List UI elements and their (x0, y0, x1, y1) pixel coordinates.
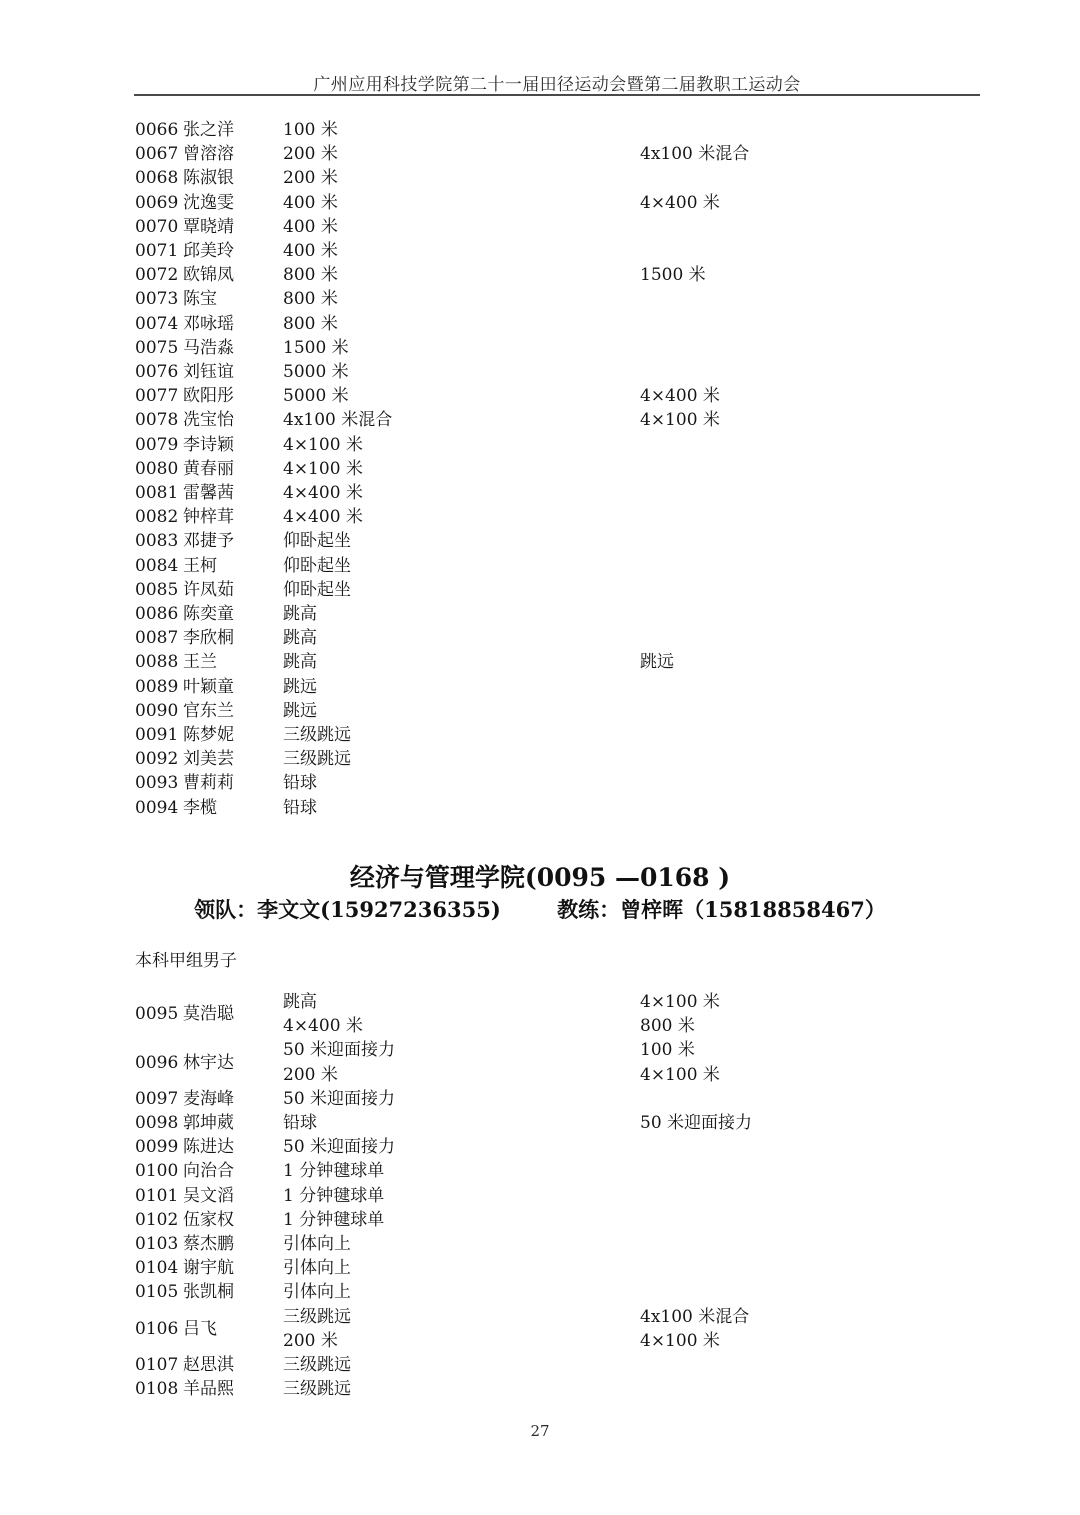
athlete-name: 李榄 (183, 796, 283, 820)
athlete-name: 张之洋 (183, 118, 283, 142)
events-primary: 4×100 米 (283, 457, 640, 481)
athlete-number: 0090 (135, 699, 183, 723)
event-entry: 跳高 (283, 626, 640, 650)
athlete-number: 0094 (135, 796, 183, 820)
events-primary: 1500 米 (283, 336, 640, 360)
athlete-name: 陈淑银 (183, 166, 283, 190)
event-entry: 200 米 (283, 1329, 640, 1353)
athlete-number: 0096 (135, 1051, 183, 1075)
table-row: 0076刘钰谊5000 米 (135, 360, 945, 384)
events-primary: 引体向上 (283, 1256, 640, 1280)
events-primary: 400 米 (283, 215, 640, 239)
athlete-name: 赵思淇 (183, 1353, 283, 1377)
event-entry: 4×100 米 (283, 457, 640, 481)
event-entry: 引体向上 (283, 1256, 640, 1280)
athlete-number: 0108 (135, 1377, 183, 1401)
event-entry: 4×400 米 (283, 481, 640, 505)
table-row: 0106吕飞三级跳远200 米4x100 米混合4×100 米 (135, 1305, 945, 1353)
event-entry: 跳远 (283, 699, 640, 723)
event-entry: 50 米迎面接力 (283, 1135, 640, 1159)
athlete-number: 0083 (135, 529, 183, 553)
events-primary: 铅球 (283, 796, 640, 820)
athlete-number: 0068 (135, 166, 183, 190)
event-entry: 400 米 (283, 215, 640, 239)
events-primary: 跳远 (283, 675, 640, 699)
table-row: 0091陈梦妮三级跳远 (135, 723, 945, 747)
event-entry: 4×400 米 (283, 1014, 640, 1038)
table-row: 0108羊品熙三级跳远 (135, 1377, 945, 1401)
event-entry: 50 米迎面接力 (283, 1038, 640, 1062)
table-row: 0099陈进达50 米迎面接力 (135, 1135, 945, 1159)
athlete-name: 李欣桐 (183, 626, 283, 650)
event-entry: 引体向上 (283, 1280, 640, 1304)
athlete-number: 0086 (135, 602, 183, 626)
athlete-number: 0093 (135, 771, 183, 795)
team-coach-info: 教练：曾梓晖（15818858467） (557, 897, 886, 922)
table-row: 0074邓咏瑶800 米 (135, 312, 945, 336)
athlete-name: 覃晓靖 (183, 215, 283, 239)
group-label: 本科甲组男子 (135, 946, 237, 971)
team-leader-info: 领队：李文文(15927236355) (194, 897, 501, 922)
athlete-number: 0101 (135, 1184, 183, 1208)
athlete-name: 马浩淼 (183, 336, 283, 360)
events-primary: 4×400 米 (283, 505, 640, 529)
athlete-name: 郭坤葳 (183, 1111, 283, 1135)
athlete-number: 0085 (135, 578, 183, 602)
event-entry: 仰卧起坐 (283, 529, 640, 553)
athlete-number: 0105 (135, 1280, 183, 1304)
table-row: 0095莫浩聪跳高4×400 米4×100 米800 米 (135, 990, 945, 1038)
athlete-number: 0099 (135, 1135, 183, 1159)
athlete-name: 陈奕童 (183, 602, 283, 626)
table-row: 0090官东兰跳远 (135, 699, 945, 723)
athlete-number: 0078 (135, 408, 183, 432)
event-entry: 跳高 (283, 650, 640, 674)
athlete-number: 0084 (135, 554, 183, 578)
event-entry: 跳高 (283, 602, 640, 626)
athlete-name: 陈宝 (183, 287, 283, 311)
event-entry: 4×400 米 (283, 505, 640, 529)
table-row: 0107赵思淇三级跳远 (135, 1353, 945, 1377)
event-entry: 50 米迎面接力 (283, 1087, 640, 1111)
events-primary: 三级跳远 (283, 747, 640, 771)
table-row: 0069沈逸雯400 米4×400 米 (135, 191, 945, 215)
athlete-name: 刘钰谊 (183, 360, 283, 384)
event-entry: 1 分钟毽球单 (283, 1159, 640, 1183)
athlete-number: 0069 (135, 191, 183, 215)
athlete-name: 叶颖童 (183, 675, 283, 699)
table-row: 0096林宇达50 米迎面接力200 米100 米4×100 米 (135, 1038, 945, 1086)
table-row: 0102伍家权1 分钟毽球单 (135, 1208, 945, 1232)
events-primary: 1 分钟毽球单 (283, 1208, 640, 1232)
events-primary: 400 米 (283, 191, 640, 215)
events-primary: 铅球 (283, 1111, 640, 1135)
events-secondary: 1500 米 (640, 263, 945, 287)
event-entry: 跳远 (283, 675, 640, 699)
table-row: 0086陈奕童跳高 (135, 602, 945, 626)
athlete-number: 0087 (135, 626, 183, 650)
table-row: 0081雷馨茜4×400 米 (135, 481, 945, 505)
athlete-number: 0097 (135, 1087, 183, 1111)
events-primary: 800 米 (283, 263, 640, 287)
athlete-name: 李诗颖 (183, 433, 283, 457)
athlete-name: 伍家权 (183, 1208, 283, 1232)
table-row: 0083邓捷予仰卧起坐 (135, 529, 945, 553)
table-row: 0105张凯桐引体向上 (135, 1280, 945, 1304)
athlete-number: 0077 (135, 384, 183, 408)
athlete-name: 沈逸雯 (183, 191, 283, 215)
document-header-title: 广州应用科技学院第二十一届田径运动会暨第二届教职工运动会 (134, 70, 980, 95)
athlete-number: 0088 (135, 650, 183, 674)
event-entry: 50 米迎面接力 (640, 1111, 945, 1135)
event-entry: 跳远 (640, 650, 945, 674)
document-page: 广州应用科技学院第二十一届田径运动会暨第二届教职工运动会 0066张之洋100 … (0, 0, 1080, 1515)
page-number: 27 (0, 1422, 1080, 1440)
table-row: 0075马浩淼1500 米 (135, 336, 945, 360)
table-row: 0067曾溶溶200 米4x100 米混合 (135, 142, 945, 166)
events-primary: 5000 米 (283, 360, 640, 384)
events-primary: 400 米 (283, 239, 640, 263)
table-row: 0103蔡杰鹏引体向上 (135, 1232, 945, 1256)
athlete-name: 林宇达 (183, 1051, 283, 1075)
table-row: 0092刘美芸三级跳远 (135, 747, 945, 771)
event-entry: 200 米 (283, 166, 640, 190)
athlete-number: 0106 (135, 1317, 183, 1341)
athlete-roster-men: 0095莫浩聪跳高4×400 米4×100 米800 米0096林宇达50 米迎… (135, 990, 945, 1401)
events-secondary: 4×100 米 (640, 408, 945, 432)
events-secondary: 4×100 米800 米 (640, 990, 945, 1038)
table-row: 0101吴文滔1 分钟毽球单 (135, 1184, 945, 1208)
event-entry: 5000 米 (283, 360, 640, 384)
athlete-name: 曹莉莉 (183, 771, 283, 795)
athlete-number: 0080 (135, 457, 183, 481)
event-entry: 4×100 米 (640, 408, 945, 432)
section-title: 经济与管理学院(0095 —0168 ) (0, 858, 1080, 894)
athlete-number: 0079 (135, 433, 183, 457)
events-primary: 5000 米 (283, 384, 640, 408)
event-entry: 仰卧起坐 (283, 554, 640, 578)
events-primary: 跳高 (283, 650, 640, 674)
athlete-name: 曾溶溶 (183, 142, 283, 166)
events-primary: 仰卧起坐 (283, 529, 640, 553)
table-row: 0089叶颖童跳远 (135, 675, 945, 699)
athlete-name: 蔡杰鹏 (183, 1232, 283, 1256)
event-entry: 三级跳远 (283, 1377, 640, 1401)
table-row: 0077欧阳彤5000 米4×400 米 (135, 384, 945, 408)
athlete-name: 邓咏瑶 (183, 312, 283, 336)
event-entry: 100 米 (640, 1038, 945, 1062)
events-primary: 4×400 米 (283, 481, 640, 505)
athlete-name: 张凯桐 (183, 1280, 283, 1304)
table-row: 0071邱美玲400 米 (135, 239, 945, 263)
event-entry: 5000 米 (283, 384, 640, 408)
table-row: 0085许凤茹仰卧起坐 (135, 578, 945, 602)
athlete-number: 0072 (135, 263, 183, 287)
table-row: 0098郭坤葳铅球50 米迎面接力 (135, 1111, 945, 1135)
events-primary: 仰卧起坐 (283, 554, 640, 578)
events-secondary: 跳远 (640, 650, 945, 674)
event-entry: 4×100 米 (640, 990, 945, 1014)
events-primary: 跳高 (283, 626, 640, 650)
event-entry: 铅球 (283, 796, 640, 820)
event-entry: 800 米 (283, 287, 640, 311)
athlete-name: 陈进达 (183, 1135, 283, 1159)
events-secondary: 100 米4×100 米 (640, 1038, 945, 1086)
athlete-name: 谢宇航 (183, 1256, 283, 1280)
event-entry: 4×100 米 (640, 1329, 945, 1353)
table-row: 0070覃晓靖400 米 (135, 215, 945, 239)
events-primary: 三级跳远200 米 (283, 1305, 640, 1353)
athlete-name: 莫浩聪 (183, 1002, 283, 1026)
table-row: 0084王柯仰卧起坐 (135, 554, 945, 578)
athlete-number: 0070 (135, 215, 183, 239)
athlete-name: 麦海峰 (183, 1087, 283, 1111)
events-primary: 跳高 (283, 602, 640, 626)
athlete-number: 0107 (135, 1353, 183, 1377)
athlete-name: 邱美玲 (183, 239, 283, 263)
event-entry: 400 米 (283, 191, 640, 215)
event-entry: 200 米 (283, 142, 640, 166)
athlete-number: 0082 (135, 505, 183, 529)
events-secondary: 4×400 米 (640, 384, 945, 408)
athlete-name: 许凤茹 (183, 578, 283, 602)
events-primary: 跳远 (283, 699, 640, 723)
event-entry: 4x100 米混合 (640, 142, 945, 166)
athlete-name: 羊品熙 (183, 1377, 283, 1401)
table-row: 0094李榄铅球 (135, 796, 945, 820)
event-entry: 1 分钟毽球单 (283, 1208, 640, 1232)
athlete-number: 0074 (135, 312, 183, 336)
table-row: 0068陈淑银200 米 (135, 166, 945, 190)
event-entry: 4×100 米 (640, 1063, 945, 1087)
events-secondary: 50 米迎面接力 (640, 1111, 945, 1135)
athlete-number: 0102 (135, 1208, 183, 1232)
athlete-number: 0095 (135, 1002, 183, 1026)
event-entry: 800 米 (283, 263, 640, 287)
event-entry: 仰卧起坐 (283, 578, 640, 602)
table-row: 0093曹莉莉铅球 (135, 771, 945, 795)
events-primary: 200 米 (283, 166, 640, 190)
events-primary: 1 分钟毽球单 (283, 1184, 640, 1208)
events-primary: 4×100 米 (283, 433, 640, 457)
events-primary: 跳高4×400 米 (283, 990, 640, 1038)
athlete-number: 0104 (135, 1256, 183, 1280)
athlete-name: 向治合 (183, 1159, 283, 1183)
athlete-name: 陈梦妮 (183, 723, 283, 747)
event-entry: 4×400 米 (640, 191, 945, 215)
athlete-number: 0066 (135, 118, 183, 142)
athlete-name: 欧锦凤 (183, 263, 283, 287)
table-row: 0079李诗颖4×100 米 (135, 433, 945, 457)
athlete-number: 0100 (135, 1159, 183, 1183)
events-secondary: 4x100 米混合 (640, 142, 945, 166)
event-entry: 铅球 (283, 771, 640, 795)
event-entry: 4×100 米 (283, 433, 640, 457)
event-entry: 1 分钟毽球单 (283, 1184, 640, 1208)
events-primary: 100 米 (283, 118, 640, 142)
athlete-name: 王兰 (183, 650, 283, 674)
athlete-name: 邓捷予 (183, 529, 283, 553)
event-entry: 100 米 (283, 118, 640, 142)
table-row: 0080黄春丽4×100 米 (135, 457, 945, 481)
table-row: 0073陈宝800 米 (135, 287, 945, 311)
event-entry: 三级跳远 (283, 747, 640, 771)
events-primary: 1 分钟毽球单 (283, 1159, 640, 1183)
table-row: 0072欧锦凤800 米1500 米 (135, 263, 945, 287)
athlete-name: 吕飞 (183, 1317, 283, 1341)
events-primary: 三级跳远 (283, 723, 640, 747)
table-row: 0100向治合1 分钟毽球单 (135, 1159, 945, 1183)
events-primary: 仰卧起坐 (283, 578, 640, 602)
athlete-name: 王柯 (183, 554, 283, 578)
events-secondary: 4x100 米混合4×100 米 (640, 1305, 945, 1353)
events-primary: 200 米 (283, 142, 640, 166)
table-row: 0104谢宇航引体向上 (135, 1256, 945, 1280)
table-row: 0088王兰跳高跳远 (135, 650, 945, 674)
event-entry: 1500 米 (640, 263, 945, 287)
athlete-number: 0091 (135, 723, 183, 747)
event-entry: 三级跳远 (283, 1353, 640, 1377)
events-primary: 三级跳远 (283, 1353, 640, 1377)
event-entry: 400 米 (283, 239, 640, 263)
event-entry: 三级跳远 (283, 723, 640, 747)
event-entry: 引体向上 (283, 1232, 640, 1256)
events-primary: 三级跳远 (283, 1377, 640, 1401)
athlete-number: 0089 (135, 675, 183, 699)
table-row: 0097麦海峰50 米迎面接力 (135, 1087, 945, 1111)
athlete-name: 钟梓茸 (183, 505, 283, 529)
athlete-number: 0071 (135, 239, 183, 263)
table-row: 0066张之洋100 米 (135, 118, 945, 142)
athlete-name: 刘美芸 (183, 747, 283, 771)
event-entry: 跳高 (283, 990, 640, 1014)
event-entry: 1500 米 (283, 336, 640, 360)
athlete-name: 官东兰 (183, 699, 283, 723)
events-primary: 引体向上 (283, 1280, 640, 1304)
athlete-number: 0067 (135, 142, 183, 166)
events-primary: 50 米迎面接力 (283, 1135, 640, 1159)
event-entry: 800 米 (283, 312, 640, 336)
event-entry: 三级跳远 (283, 1305, 640, 1329)
event-entry: 4×400 米 (640, 384, 945, 408)
table-row: 0087李欣桐跳高 (135, 626, 945, 650)
header-rule (134, 94, 980, 96)
event-entry: 铅球 (283, 1111, 640, 1135)
events-primary: 铅球 (283, 771, 640, 795)
events-primary: 800 米 (283, 312, 640, 336)
athlete-name: 雷馨茜 (183, 481, 283, 505)
athlete-name: 欧阳彤 (183, 384, 283, 408)
athlete-number: 0081 (135, 481, 183, 505)
event-entry: 200 米 (283, 1063, 640, 1087)
athlete-number: 0073 (135, 287, 183, 311)
events-primary: 引体向上 (283, 1232, 640, 1256)
events-secondary: 4×400 米 (640, 191, 945, 215)
athlete-name: 冼宝怡 (183, 408, 283, 432)
events-primary: 50 米迎面接力200 米 (283, 1038, 640, 1086)
event-entry: 4x100 米混合 (283, 408, 640, 432)
table-row: 0078冼宝怡4x100 米混合4×100 米 (135, 408, 945, 432)
event-entry: 4x100 米混合 (640, 1305, 945, 1329)
leader-coach-line: 领队：李文文(15927236355) 教练：曾梓晖（15818858467） (0, 894, 1080, 924)
events-primary: 4x100 米混合 (283, 408, 640, 432)
athlete-name: 黄春丽 (183, 457, 283, 481)
athlete-number: 0092 (135, 747, 183, 771)
athlete-number: 0076 (135, 360, 183, 384)
athlete-number: 0103 (135, 1232, 183, 1256)
table-row: 0082钟梓茸4×400 米 (135, 505, 945, 529)
athlete-number: 0075 (135, 336, 183, 360)
events-primary: 800 米 (283, 287, 640, 311)
athlete-roster-women: 0066张之洋100 米0067曾溶溶200 米4x100 米混合0068陈淑银… (135, 118, 945, 820)
events-primary: 50 米迎面接力 (283, 1087, 640, 1111)
athlete-name: 吴文滔 (183, 1184, 283, 1208)
event-entry: 800 米 (640, 1014, 945, 1038)
athlete-number: 0098 (135, 1111, 183, 1135)
